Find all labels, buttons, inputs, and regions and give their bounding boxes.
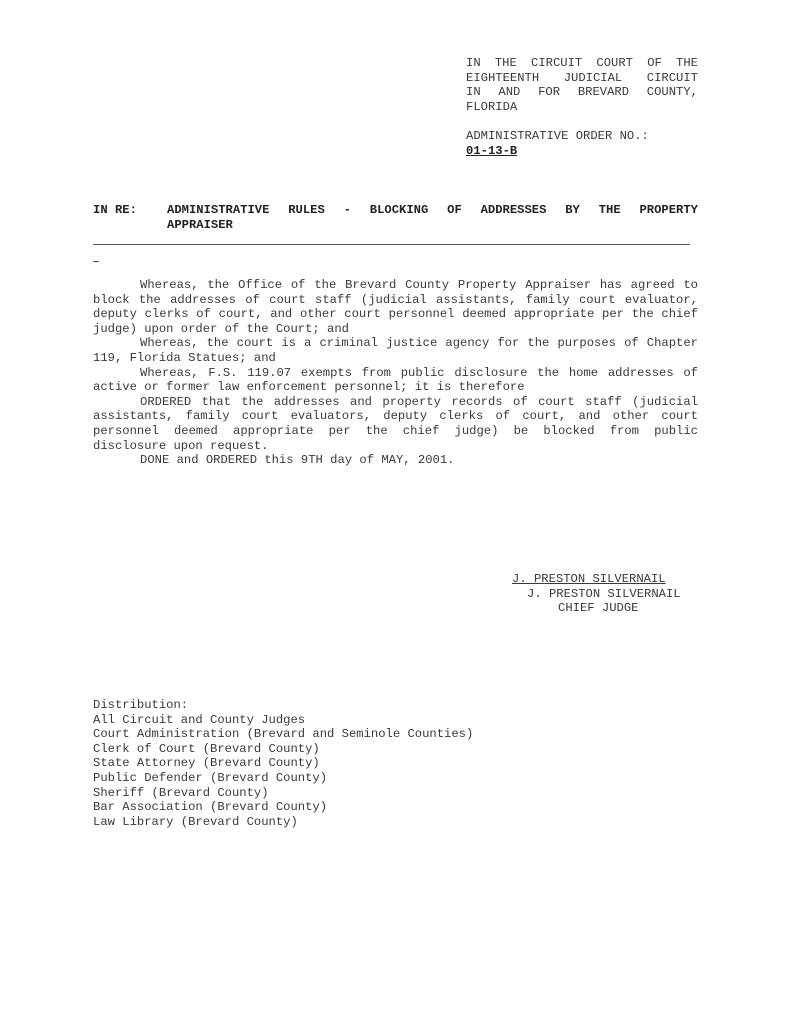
court-caption-line: IN THE CIRCUIT COURT OF THE	[466, 56, 698, 71]
in-re-label: IN RE:	[93, 203, 137, 218]
court-caption: IN THE CIRCUIT COURT OF THE EIGHTEENTH J…	[466, 56, 698, 114]
in-re-subject: ADMINISTRATIVE RULES - BLOCKING OF ADDRE…	[167, 203, 698, 232]
distribution-item: Bar Association (Brevard County)	[93, 800, 473, 815]
distribution-item: Clerk of Court (Brevard County)	[93, 742, 473, 757]
ordered-paragraph: ORDERED that the addresses and property …	[93, 395, 698, 453]
order-number: 01-13-B	[466, 144, 517, 159]
judge-name: J. PRESTON SILVERNAIL	[512, 587, 712, 602]
done-and-ordered-paragraph: DONE and ORDERED this 9TH day of MAY, 20…	[93, 453, 698, 468]
distribution-item: Law Library (Brevard County)	[93, 815, 473, 830]
court-caption-line: IN AND FOR BREVARD COUNTY,	[466, 85, 698, 100]
distribution-item: Court Administration (Brevard and Semino…	[93, 727, 473, 742]
separator-rule-tail	[93, 261, 99, 262]
order-body: Whereas, the Office of the Brevard Count…	[93, 278, 698, 468]
distribution-list: Distribution: All Circuit and County Jud…	[93, 698, 473, 829]
court-caption-line: EIGHTEENTH JUDICIAL CIRCUIT	[466, 71, 698, 86]
separator-rule	[93, 244, 690, 245]
distribution-item: Sheriff (Brevard County)	[93, 786, 473, 801]
distribution-heading: Distribution:	[93, 698, 473, 713]
in-re-subject-line: APPRAISER	[167, 218, 698, 233]
distribution-item: State Attorney (Brevard County)	[93, 756, 473, 771]
signature-block: J. PRESTON SILVERNAIL J. PRESTON SILVERN…	[512, 572, 712, 616]
in-re-subject-line: ADMINISTRATIVE RULES - BLOCKING OF ADDRE…	[167, 203, 698, 218]
judge-title: CHIEF JUDGE	[512, 601, 712, 616]
distribution-item: Public Defender (Brevard County)	[93, 771, 473, 786]
signature-line: J. PRESTON SILVERNAIL	[512, 572, 712, 587]
whereas-paragraph: Whereas, the Office of the Brevard Count…	[93, 278, 698, 336]
court-caption-line: FLORIDA	[466, 100, 698, 115]
order-number-label: ADMINISTRATIVE ORDER NO.:	[466, 129, 649, 144]
distribution-item: All Circuit and County Judges	[93, 713, 473, 728]
whereas-paragraph: Whereas, the court is a criminal justice…	[93, 336, 698, 365]
whereas-paragraph: Whereas, F.S. 119.07 exempts from public…	[93, 366, 698, 395]
